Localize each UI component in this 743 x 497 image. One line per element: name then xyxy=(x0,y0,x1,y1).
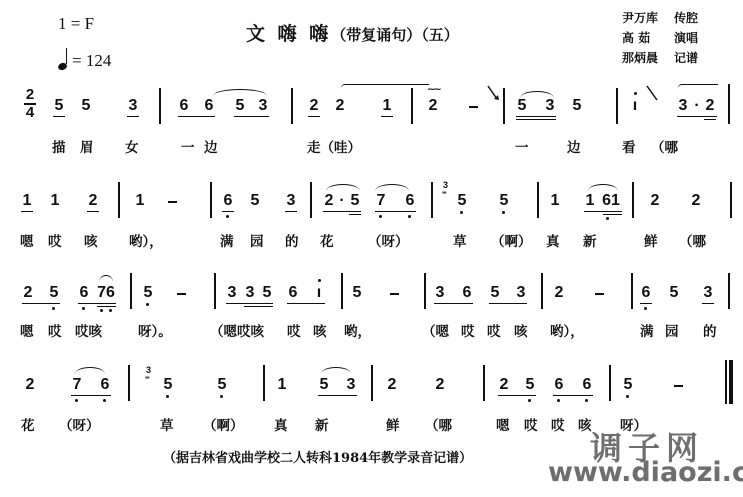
note: 5 xyxy=(571,98,583,114)
credit-role: 传腔 xyxy=(674,8,698,28)
note: 6 xyxy=(178,98,190,114)
lyric: 边 xyxy=(567,136,581,156)
barline xyxy=(541,273,543,309)
low-octave-dot xyxy=(585,399,588,402)
low-octave-dot xyxy=(82,307,85,310)
underline xyxy=(381,116,393,117)
note: 2 xyxy=(690,193,702,209)
low-octave-dot xyxy=(528,399,531,402)
barline xyxy=(431,182,433,218)
note: 5 xyxy=(216,377,228,393)
note: 5 xyxy=(234,98,246,114)
underline xyxy=(349,214,361,215)
credit-row: 那炳晨记谱 xyxy=(622,48,698,68)
low-octave-dot xyxy=(103,399,106,402)
note: 5 xyxy=(498,193,510,209)
underline xyxy=(323,211,361,212)
note: 2 xyxy=(334,98,346,114)
note: 6 xyxy=(404,193,416,209)
dash-hold xyxy=(390,293,399,295)
underline xyxy=(434,303,473,304)
tempo-marking: = 124 xyxy=(58,50,111,71)
note: 3 xyxy=(345,377,357,393)
barline xyxy=(214,273,216,309)
lyric: 满 xyxy=(220,230,234,250)
note: 6 xyxy=(461,285,473,301)
note: 5 xyxy=(622,377,634,393)
credits: 尹万库传腔 高 茹演唱 那炳晨记谱 xyxy=(622,8,698,68)
underline xyxy=(226,303,273,304)
low-octave-dot xyxy=(52,307,55,310)
grace-underline-icon: ⁼ xyxy=(442,190,447,199)
low-octave-dot xyxy=(100,309,103,312)
note: 5 xyxy=(142,285,154,301)
low-octave-dot xyxy=(146,303,149,306)
source-note: （据吉林省戏曲学校二人转科1984年教学录音记谱） xyxy=(163,447,472,466)
note: 5 xyxy=(249,193,261,209)
lyric: （哪 xyxy=(425,414,452,434)
slur xyxy=(75,367,105,374)
low-octave-dot xyxy=(502,211,505,214)
barline xyxy=(537,182,539,218)
tie xyxy=(341,84,429,89)
barline xyxy=(483,365,485,401)
note: 5 xyxy=(524,377,536,393)
note: ı xyxy=(313,285,325,301)
underline xyxy=(516,116,556,117)
note: 6 xyxy=(222,193,234,209)
note: 2 xyxy=(22,285,34,301)
note: 5 xyxy=(456,193,468,209)
lyric: 嗯 xyxy=(496,414,510,434)
lyric: 一 xyxy=(181,136,195,156)
underline xyxy=(702,303,714,304)
barline xyxy=(118,182,120,218)
note: 1 xyxy=(276,377,288,393)
note: 6 xyxy=(640,285,652,301)
note: 5 xyxy=(349,193,361,209)
credit-name: 那炳晨 xyxy=(622,48,674,68)
lyric: 的 xyxy=(285,230,299,250)
lyric: 眉 xyxy=(80,136,94,156)
glide-down-icon xyxy=(645,84,659,102)
underline xyxy=(22,303,60,304)
slur xyxy=(321,367,351,374)
slur xyxy=(326,184,360,191)
song-title: 文 嗨 嗨（带复诵句）（五） xyxy=(246,19,459,46)
lyric: 一 xyxy=(515,136,529,156)
note: 5 xyxy=(516,98,528,114)
dash-hold xyxy=(469,106,478,108)
dash-hold xyxy=(177,293,186,295)
lyric: 边 xyxy=(204,136,218,156)
barline xyxy=(310,182,312,218)
lyric: 咳 xyxy=(313,320,327,340)
low-octave-dot xyxy=(75,399,78,402)
note: 2 xyxy=(427,98,439,114)
lyric: 走（哇） xyxy=(307,136,361,156)
lyric: 哎 xyxy=(48,230,62,250)
note: 2 xyxy=(704,98,716,114)
underline xyxy=(222,211,234,212)
note: 3 xyxy=(285,193,297,209)
underline xyxy=(21,211,33,212)
lyric: 鲜 xyxy=(386,414,400,434)
underline xyxy=(244,306,273,307)
note: 1 xyxy=(549,193,561,209)
note: 3 xyxy=(257,98,269,114)
underline xyxy=(498,395,536,396)
lyric: 嗯 xyxy=(20,320,34,340)
note: 6 xyxy=(99,377,111,393)
glide-down-icon xyxy=(486,84,500,102)
note: 5 xyxy=(48,285,60,301)
lyric: 草 xyxy=(453,230,467,250)
lyric: 真 xyxy=(546,230,560,250)
lyric: 真 xyxy=(274,414,288,434)
lyric: 哟）， xyxy=(550,320,584,340)
barline xyxy=(632,182,634,218)
lyric: 草 xyxy=(160,414,174,434)
lyric: 哎 xyxy=(524,414,538,434)
note: 3 xyxy=(127,98,139,114)
note: 5 xyxy=(489,285,501,301)
note: 1 xyxy=(584,193,596,209)
lyric: 哎咳 xyxy=(75,320,102,340)
barline xyxy=(371,365,373,401)
low-octave-dot xyxy=(220,395,223,398)
barline xyxy=(730,182,732,218)
note: 2 xyxy=(24,377,36,393)
key-signature: 1 = F xyxy=(58,14,94,34)
barline xyxy=(503,88,505,124)
note: 6 xyxy=(553,377,565,393)
lyric: 咳 xyxy=(514,320,528,340)
augmentation-dot: · xyxy=(691,98,703,114)
lyric: 哟， xyxy=(344,320,371,340)
note: 2 xyxy=(434,377,446,393)
lyric: 哎 xyxy=(551,414,565,434)
low-octave-dot xyxy=(626,395,629,398)
low-octave-dot xyxy=(557,399,560,402)
title-subtitle: （带复诵句）（五） xyxy=(331,26,459,44)
barline xyxy=(263,365,265,401)
underline xyxy=(603,214,622,215)
slur xyxy=(588,184,618,191)
slur xyxy=(375,184,409,191)
augmentation-dot: · xyxy=(336,193,348,209)
credit-role: 演唱 xyxy=(674,28,698,48)
note: 2 xyxy=(386,377,398,393)
lyric: （嗯 xyxy=(422,320,449,340)
watermark-url: www.diaozi.com xyxy=(548,457,743,488)
note: 5 xyxy=(261,285,273,301)
lyric: 哟）， xyxy=(129,230,163,250)
underline xyxy=(489,303,527,304)
low-octave-dot xyxy=(379,215,382,218)
credit-row: 尹万库传腔 xyxy=(622,8,698,28)
note: 5 xyxy=(162,377,174,393)
barline xyxy=(128,365,130,401)
lyric: （嗯哎咳 xyxy=(210,320,264,340)
underline xyxy=(677,116,717,117)
dash-hold xyxy=(674,385,683,387)
note: 61 xyxy=(600,193,622,209)
underline xyxy=(71,395,111,396)
lyric: 哎 xyxy=(487,320,501,340)
lyric: 看 xyxy=(622,136,636,156)
lyric: 描 xyxy=(52,136,66,156)
lyric: 嗯 xyxy=(20,230,34,250)
high-octave-dot xyxy=(318,279,321,282)
note: 5 xyxy=(318,377,330,393)
lyric: （啊） xyxy=(491,230,532,250)
note: 76 xyxy=(96,285,116,301)
low-octave-dot xyxy=(109,309,112,312)
underline xyxy=(87,211,99,212)
barline xyxy=(631,273,633,309)
barline xyxy=(616,88,618,124)
lyric: 呀）。 xyxy=(138,320,172,340)
note: 5 xyxy=(80,98,92,114)
note: 2 xyxy=(498,377,510,393)
note: 2 xyxy=(87,193,99,209)
barline xyxy=(130,273,132,309)
lyric: （啊） xyxy=(203,414,244,434)
barline xyxy=(210,182,212,218)
credit-name: 尹万库 xyxy=(622,8,674,28)
underline xyxy=(97,306,116,307)
lyric: 鲜 xyxy=(644,230,658,250)
note: 3 xyxy=(677,98,689,114)
lyric: 花 xyxy=(21,414,35,434)
note: 2 xyxy=(649,193,661,209)
note: 7 xyxy=(375,193,387,209)
note: 2 xyxy=(323,193,335,209)
dash-hold xyxy=(168,201,177,203)
note: 3 xyxy=(515,285,527,301)
credit-role: 记谱 xyxy=(674,48,698,68)
mordent-icon: ~~ xyxy=(427,86,440,94)
low-octave-dot xyxy=(226,215,229,218)
note: 6 xyxy=(287,285,299,301)
underline xyxy=(584,211,622,212)
note: 3 xyxy=(702,285,714,301)
lyric: （哪 xyxy=(651,136,678,156)
underline xyxy=(640,303,652,304)
dash-hold xyxy=(595,293,604,295)
note: 1 xyxy=(21,193,33,209)
note: 5 xyxy=(668,285,680,301)
note: 2 xyxy=(553,285,565,301)
underline xyxy=(318,395,357,396)
underline xyxy=(516,119,556,120)
underline xyxy=(287,303,325,304)
barline xyxy=(728,84,730,124)
note: 1 xyxy=(49,193,61,209)
high-octave-dot xyxy=(634,92,637,95)
low-octave-dot xyxy=(166,395,169,398)
lyric: 的 xyxy=(703,320,717,340)
low-octave-dot xyxy=(644,307,647,310)
underline xyxy=(53,116,65,117)
note: 5 xyxy=(53,98,65,114)
underline xyxy=(704,119,716,120)
credit-row: 高 茹演唱 xyxy=(622,28,698,48)
note: 2 xyxy=(308,98,320,114)
final-barline-thin xyxy=(725,360,727,404)
ts-bottom: 4 xyxy=(24,106,36,120)
lyric: 哎 xyxy=(287,320,301,340)
underline xyxy=(78,303,116,304)
time-signature: 2 4 xyxy=(24,88,36,120)
note: 3 xyxy=(244,285,256,301)
lyric: 满 xyxy=(640,320,654,340)
note: 1 xyxy=(381,98,393,114)
note: 6 xyxy=(581,377,593,393)
note: 5 xyxy=(351,285,363,301)
tempo-value: = 124 xyxy=(72,51,111,70)
low-octave-dot xyxy=(606,217,609,220)
underline xyxy=(127,116,139,117)
slur xyxy=(99,275,113,282)
note: 7 xyxy=(71,377,83,393)
note: 3 xyxy=(226,285,238,301)
lyric: 花 xyxy=(320,230,334,250)
underline xyxy=(308,116,320,117)
barline xyxy=(291,88,293,124)
barline xyxy=(728,273,730,309)
final-barline-thick xyxy=(729,360,733,404)
credit-name: 高 茹 xyxy=(622,28,674,48)
barline xyxy=(424,273,426,309)
note: 6 xyxy=(78,285,90,301)
ts-top: 2 xyxy=(24,88,36,102)
grace-underline-icon: ⁼ xyxy=(145,375,150,384)
note: 3 xyxy=(544,98,556,114)
underline xyxy=(178,116,215,117)
title-main: 文 嗨 嗨 xyxy=(246,23,331,45)
lyric: 女 xyxy=(125,136,139,156)
lyric: （哪 xyxy=(679,230,706,250)
barline xyxy=(159,88,161,124)
barline xyxy=(411,88,413,124)
note: 3 xyxy=(434,285,446,301)
note: ı xyxy=(629,98,641,114)
note: 6 xyxy=(203,98,215,114)
lyric: 新 xyxy=(315,414,329,434)
underline xyxy=(375,211,416,212)
underline xyxy=(234,116,269,117)
lyric: 新 xyxy=(583,230,597,250)
lyric: 园 xyxy=(250,230,264,250)
lyric: 哎 xyxy=(48,320,62,340)
lyric: （呀） xyxy=(59,414,100,434)
lyric: 哎 xyxy=(461,320,475,340)
tie xyxy=(678,84,718,89)
underline xyxy=(553,395,593,396)
lyric: 咳 xyxy=(84,230,98,250)
underline xyxy=(285,211,297,212)
low-octave-dot xyxy=(408,215,411,218)
lyric: （呀） xyxy=(368,230,409,250)
slur xyxy=(213,89,267,96)
barline xyxy=(609,365,611,401)
note-stem xyxy=(66,48,67,64)
barline xyxy=(341,273,343,309)
low-octave-dot xyxy=(460,211,463,214)
note: 1 xyxy=(134,193,146,209)
lyric: 园 xyxy=(665,320,679,340)
